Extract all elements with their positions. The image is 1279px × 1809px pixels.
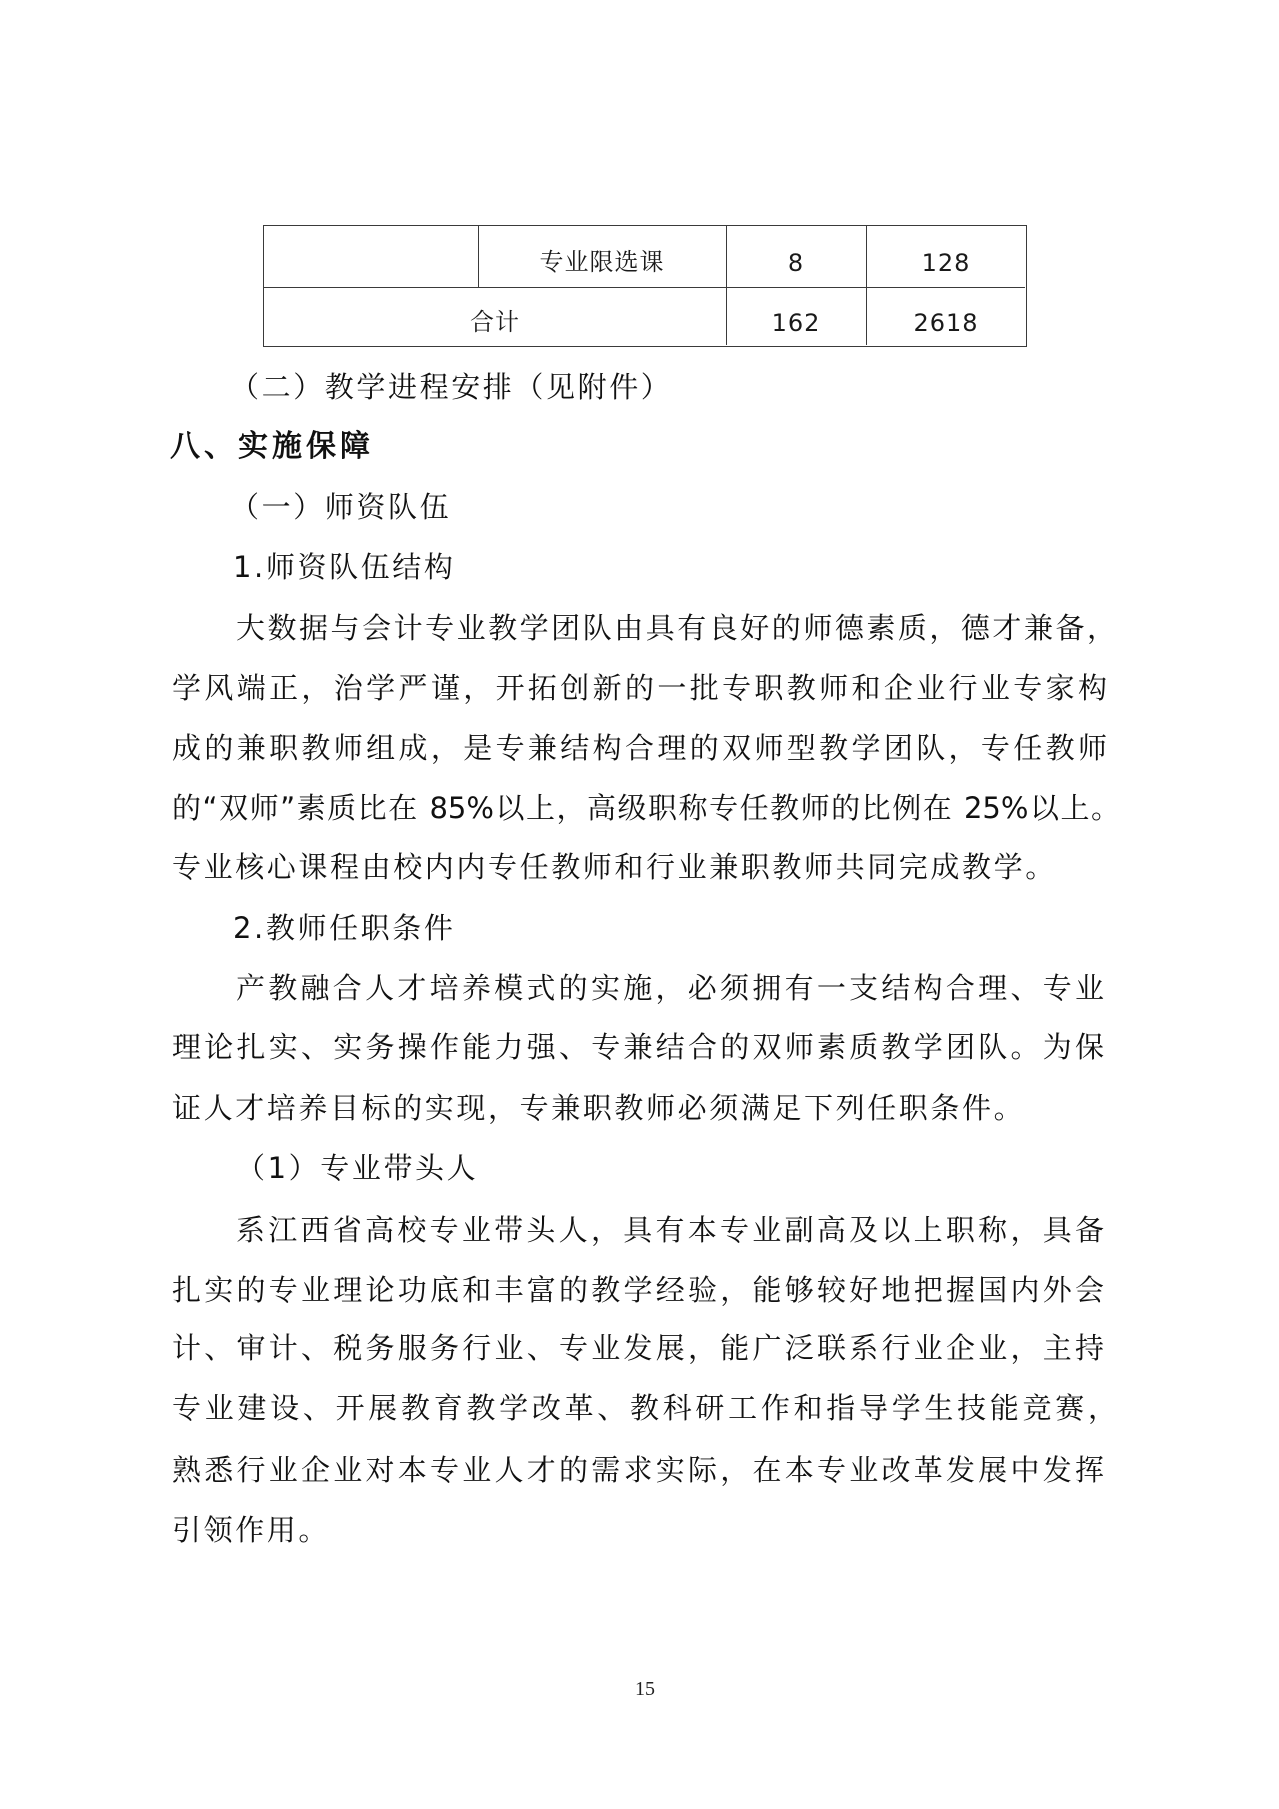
section-title-teaching-schedule: （二）教学进程安排（见附件） (230, 367, 1165, 407)
paragraph-line: 计、审计、税务服务行业、专业发展，能广泛联系行业企业，主持 (172, 1328, 1104, 1368)
paragraph-line: 成的兼职教师组成，是专兼结构合理的双师型教学团队，专任教师 (172, 728, 1107, 768)
paragraph-line: 系江西省高校专业带头人，具有本专业副高及以上职称，具备 (236, 1210, 1104, 1250)
paragraph-line: 理论扎实、实务操作能力强、专兼结合的双师素质教学团队。为保 (172, 1027, 1104, 1067)
paragraph-line: 产教融合人才培养模式的实施，必须拥有一支结构合理、专业 (236, 968, 1104, 1008)
document-page: 专业限选课 8 128 合计 162 2618 （二）教学进程安排（见附件） 八… (0, 0, 1279, 1809)
paragraph-line: 扎实的专业理论功底和丰富的教学经验，能够较好地把握国内外会 (172, 1270, 1104, 1310)
table-cell-total-hours: 2618 (866, 287, 1026, 345)
paragraph-line: 的“双师”素质比在 85%以上，高级职称专任教师的比例在 25%以上。 (172, 788, 1120, 828)
paragraph-line: 学风端正，治学严谨，开拓创新的一批专职教师和企业行业专家构 (172, 668, 1107, 708)
credits-summary-table: 专业限选课 8 128 合计 162 2618 (263, 225, 1027, 347)
item-title-teacher-qualifications: 2.教师任职条件 (233, 908, 1168, 948)
item-title-program-leader: （1）专业带头人 (236, 1148, 1171, 1188)
item-title-faculty-structure: 1.师资队伍结构 (233, 547, 1168, 587)
paragraph-line: 大数据与会计专业教学团队由具有良好的师德素质，德才兼备， (236, 608, 1116, 648)
table-cell-total-label: 合计 (264, 287, 726, 345)
paragraph-line: 熟悉行业企业对本专业人才的需求实际，在本专业改革发展中发挥 (172, 1450, 1104, 1490)
table-cell-credits: 8 (726, 226, 866, 287)
page-number: 15 (600, 1678, 690, 1701)
chapter-title-implementation: 八、实施保障 (170, 427, 1105, 467)
table-cell-hours: 128 (866, 226, 1026, 287)
table-cell-total-credits: 162 (726, 287, 866, 345)
paragraph-line: 证人才培养目标的实现，专兼职教师必须满足下列任职条件。 (172, 1088, 1107, 1128)
paragraph-line: 引领作用。 (172, 1510, 1107, 1550)
subsection-title-faculty: （一）师资队伍 (230, 487, 1165, 527)
paragraph-line: 专业建设、开展教育教学改革、教科研工作和指导学生技能竞赛， (172, 1388, 1117, 1428)
table-cell-course-type: 专业限选课 (478, 226, 726, 287)
table-cell-category (264, 226, 478, 287)
paragraph-line: 专业核心课程由校内内专任教师和行业兼职教师共同完成教学。 (172, 847, 1107, 887)
